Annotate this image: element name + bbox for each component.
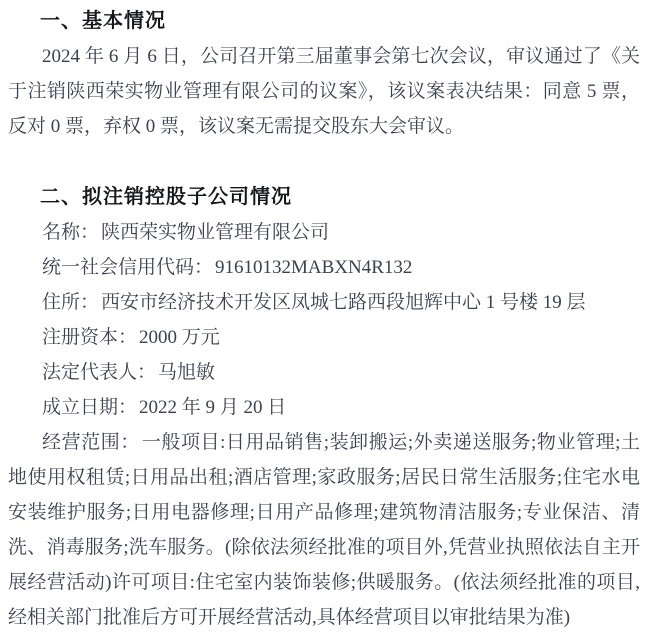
field-address: 住所：西安市经济技术开发区凤城七路西段旭辉中心 1 号楼 19 层: [8, 285, 640, 320]
field-credit-code: 统一社会信用代码：91610132MABXN4R132: [8, 250, 640, 285]
field-credit-code-value: 91610132MABXN4R132: [215, 257, 412, 278]
field-legal-representative-value: 马旭敏: [158, 362, 215, 383]
section-basic-info-heading: 一、基本情况: [8, 4, 640, 39]
field-established-date-label: 成立日期：: [42, 397, 137, 418]
field-registered-capital-value: 2000 万元: [139, 327, 220, 348]
field-registered-capital-label: 注册资本：: [42, 327, 137, 348]
field-address-label: 住所：: [42, 292, 99, 313]
field-established-date-value: 2022 年 9 月 20 日: [139, 397, 286, 418]
field-credit-code-label: 统一社会信用代码：: [42, 257, 213, 278]
section-subsidiary-info: 二、拟注销控股子公司情况 名称：陕西荣实物业管理有限公司 统一社会信用代码：91…: [8, 180, 640, 633]
field-business-scope-label: 经营范围：: [42, 432, 140, 453]
field-company-name-label: 名称：: [42, 222, 99, 243]
board-resolution-paragraph: 2024 年 6 月 6 日，公司召开第三届董事会第七次会议，审议通过了《关于注…: [8, 39, 640, 144]
field-company-name: 名称：陕西荣实物业管理有限公司: [8, 215, 640, 250]
field-registered-capital: 注册资本：2000 万元: [8, 320, 640, 355]
section-basic-info: 一、基本情况 2024 年 6 月 6 日，公司召开第三届董事会第七次会议，审议…: [8, 4, 640, 144]
field-address-value: 西安市经济技术开发区凤城七路西段旭辉中心 1 号楼 19 层: [101, 292, 586, 313]
field-legal-representative-label: 法定代表人：: [42, 362, 156, 383]
field-legal-representative: 法定代表人：马旭敏: [8, 355, 640, 390]
field-business-scope: 经营范围：一般项目:日用品销售;装卸搬运;外卖递送服务;物业管理;土地使用权租赁…: [8, 425, 640, 633]
section-subsidiary-info-heading: 二、拟注销控股子公司情况: [8, 180, 640, 215]
field-business-scope-value: 一般项目:日用品销售;装卸搬运;外卖递送服务;物业管理;土地使用权租赁;日用品出…: [8, 432, 640, 628]
field-company-name-value: 陕西荣实物业管理有限公司: [101, 222, 329, 243]
field-established-date: 成立日期：2022 年 9 月 20 日: [8, 390, 640, 425]
document-page: 一、基本情况 2024 年 6 月 6 日，公司召开第三届董事会第七次会议，审议…: [0, 0, 649, 633]
